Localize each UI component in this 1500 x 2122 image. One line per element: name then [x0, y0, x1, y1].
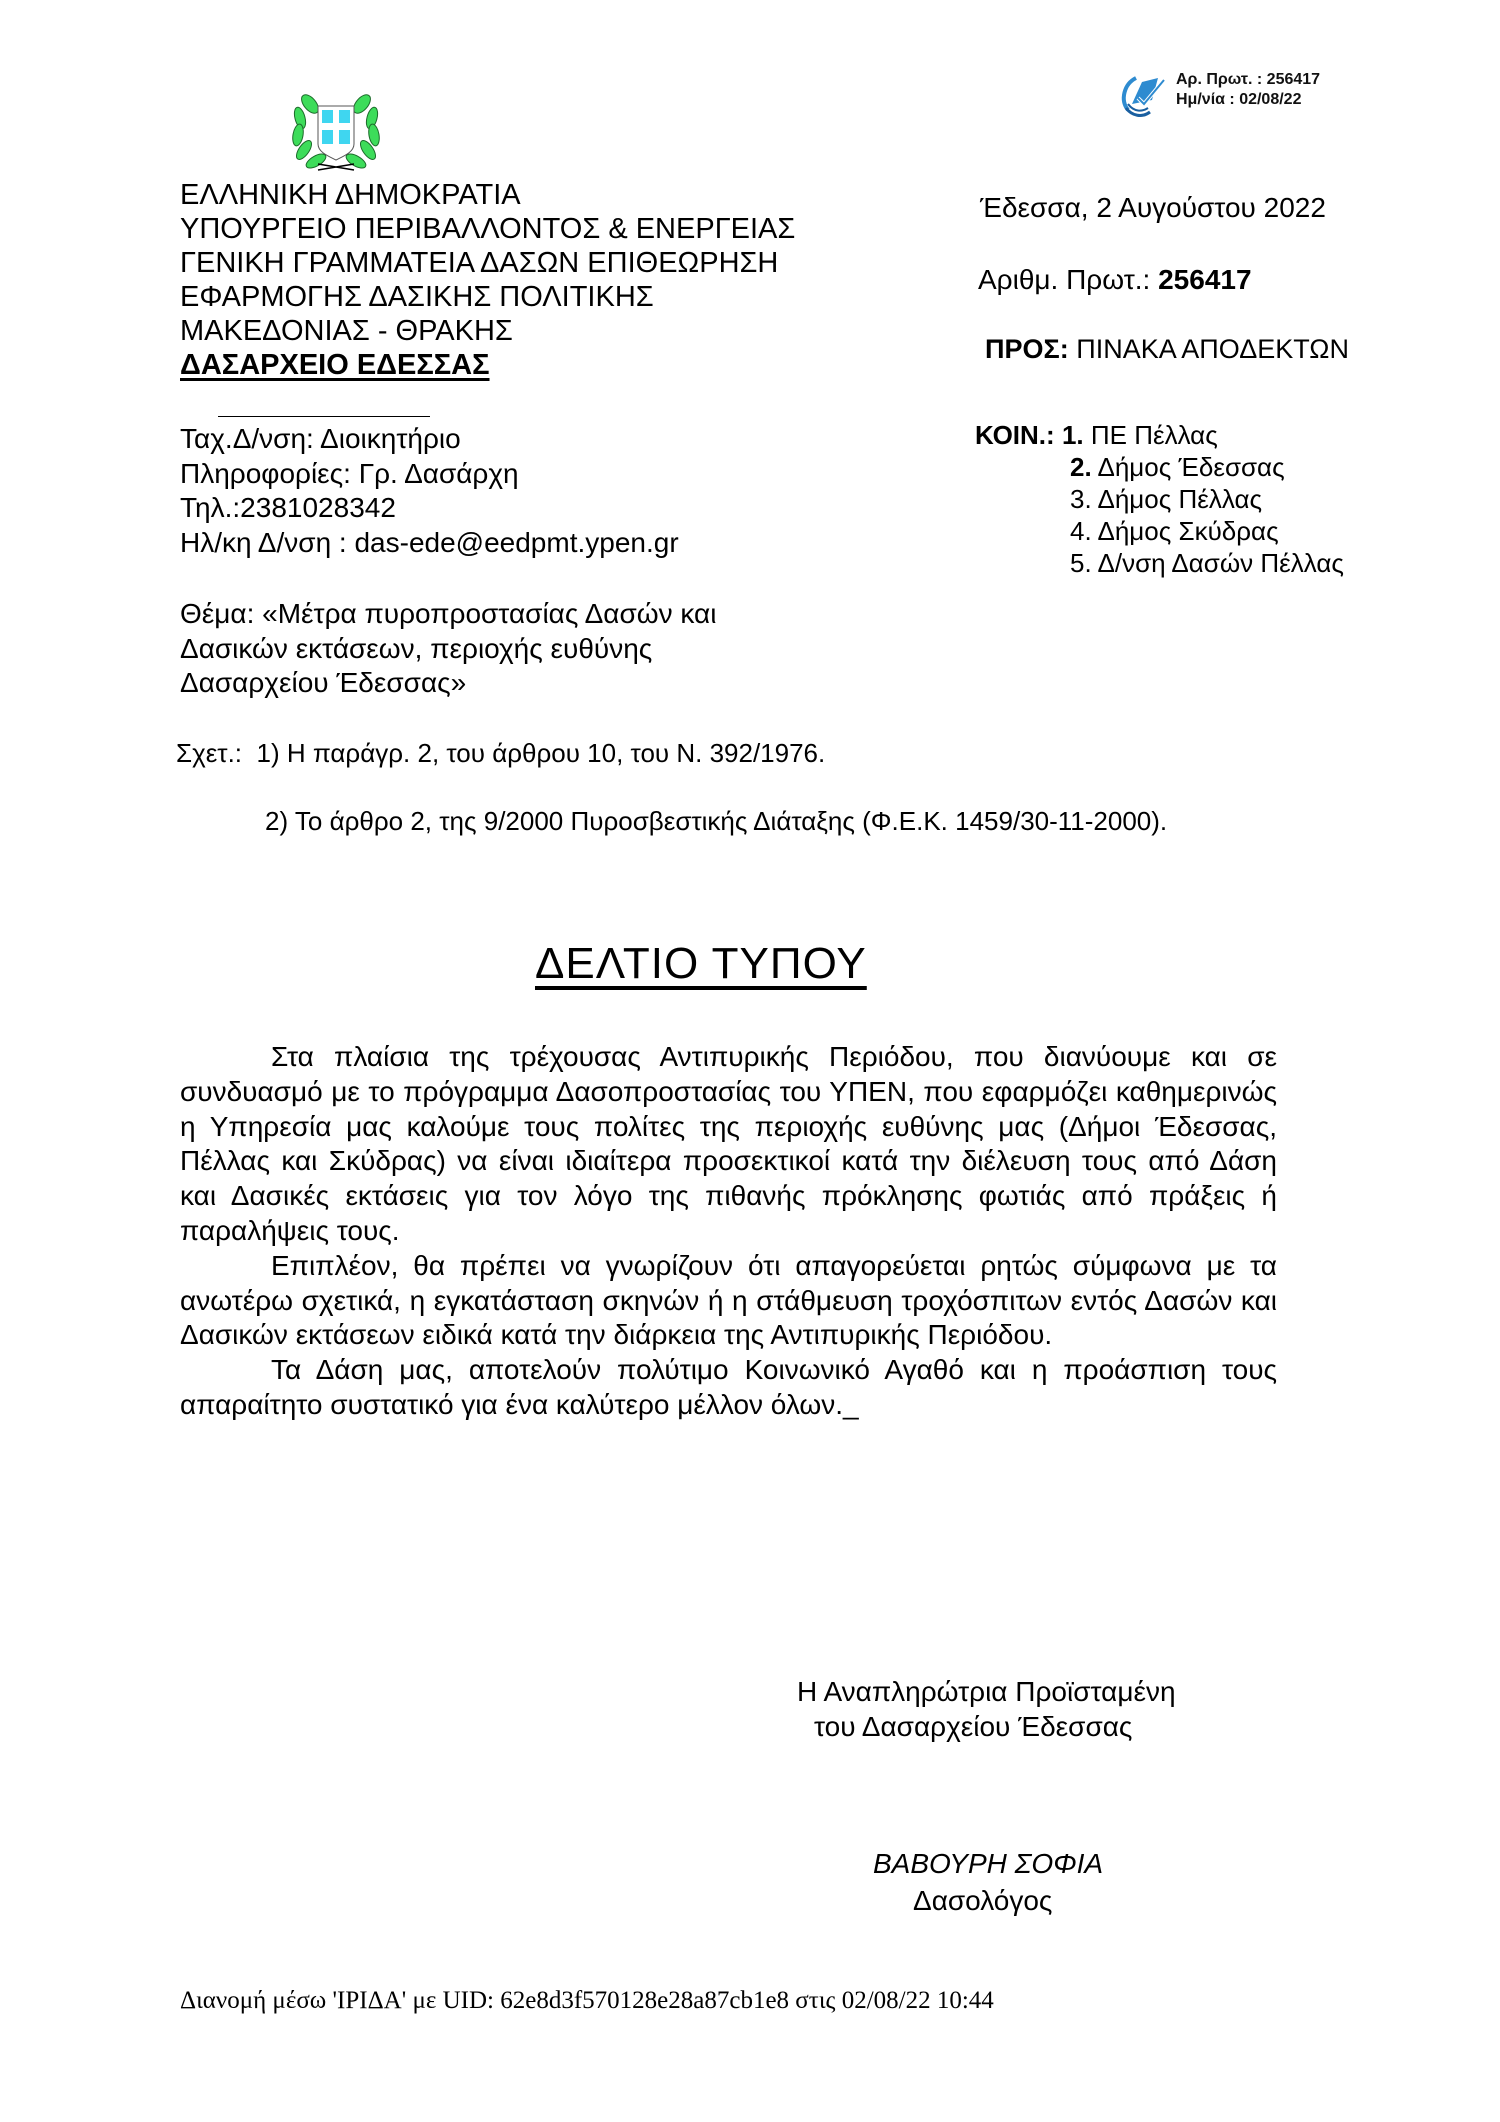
subject-line: Δασικών εκτάσεων, περιοχής ευθύνης	[180, 632, 716, 667]
header-line: ΜΑΚΕΔΟΝΙΑΣ - ΘΡΑΚΗΣ	[180, 314, 795, 348]
header-line: ΕΦΑΡΜΟΓΗΣ ΔΑΣΙΚΗΣ ΠΟΛΙΤΙΚΗΣ	[180, 280, 795, 314]
recipient-label: ΠΡΟΣ:	[985, 334, 1069, 364]
press-release-body: Στα πλαίσια της τρέχουσας Αντιπυρικής Πε…	[180, 1040, 1277, 1423]
cc-item-number: 3.	[1070, 484, 1092, 514]
signatory-name: ΒΑΒΟΥΡΗ ΣΟΦΙΑ	[873, 1846, 1103, 1881]
reference-item: 2) Το άρθρο 2, της 9/2000 Πυροσβεστικής …	[265, 805, 1167, 837]
email-address[interactable]: Ηλ/κη Δ/νση : das-ede@eedpmt.ypen.gr	[180, 526, 679, 561]
cc-item: Δήμος Σκύδρας	[1097, 516, 1278, 546]
greek-coat-of-arms-icon	[288, 90, 384, 176]
protocol-stamp: Αρ. Πρωτ. : 256417 Ημ/νία : 02/08/22	[1118, 66, 1418, 126]
references-label: Σχετ.:	[176, 738, 242, 768]
document-title: ΔΕΛΤΙΟ ΤΥΠΟΥ	[535, 938, 867, 990]
cc-item-number: 4.	[1070, 516, 1092, 546]
subject-line: Δασαρχείου Έδεσσας»	[180, 666, 716, 701]
cc-item: Δήμος Έδεσσας	[1097, 452, 1284, 482]
greek-emblem	[288, 90, 384, 176]
signature-block: Η Αναπληρώτρια Προϊσταμένη του Δασαρχείο…	[797, 1674, 1176, 1744]
stamp-date: Ημ/νία : 02/08/22	[1176, 90, 1320, 110]
cc-item: Δήμος Πέλλας	[1097, 484, 1262, 514]
distribution-footer: Διανομή μέσω 'ΙΡΙΔΑ' με UID: 62e8d3f5701…	[180, 1986, 994, 2016]
body-paragraph: Στα πλαίσια της τρέχουσας Αντιπυρικής Πε…	[180, 1040, 1277, 1249]
body-paragraph: Τα Δάση μας, αποτελούν πολύτιμο Κοινωνικ…	[180, 1353, 1277, 1423]
protocol-number: 256417	[1158, 264, 1251, 295]
office-name: ΔΑΣΑΡΧΕΙΟ ΕΔΕΣΣΑΣ	[180, 348, 795, 382]
phone-number: Τηλ.:2381028342	[180, 491, 679, 526]
subject-block: Θέμα: «Μέτρα πυροπροστασίας Δασών και Δα…	[180, 597, 716, 701]
body-paragraph: Επιπλέον, θα πρέπει να γνωρίζουν ότι απα…	[180, 1249, 1277, 1353]
cc-item-number: 2.	[1070, 452, 1092, 482]
separator-line	[218, 416, 430, 417]
issuer-header: ΕΛΛΗΝΙΚΗ ΔΗΜΟΚΡΑΤΙΑ ΥΠΟΥΡΓΕΙΟ ΠΕΡΙΒΑΛΛΟΝ…	[180, 178, 795, 382]
contact-person: Πληροφορίες: Γρ. Δασάρχη	[180, 457, 679, 492]
header-line: ΥΠΟΥΡΓΕΙΟ ΠΕΡΙΒΑΛΛΟΝΤΟΣ & ΕΝΕΡΓΕΙΑΣ	[180, 212, 795, 246]
reference-item: 1) Η παράγρ. 2, του άρθρου 10, του Ν. 39…	[256, 738, 825, 768]
cc-item-number: 5.	[1070, 548, 1092, 578]
postal-address: Ταχ.Δ/νση: Διοικητήριο	[180, 422, 679, 457]
contact-block: Ταχ.Δ/νση: Διοικητήριο Πληροφορίες: Γρ. …	[180, 422, 679, 560]
signatory-title: Δασολόγος	[913, 1883, 1052, 1918]
cc-item: Δ/νση Δασών Πέλλας	[1097, 548, 1343, 578]
protocol-label: Αριθμ. Πρωτ.:	[978, 264, 1150, 295]
stamp-protocol-number: Αρ. Πρωτ. : 256417	[1176, 70, 1320, 90]
subject-line: Θέμα: «Μέτρα πυροπροστασίας Δασών και	[180, 597, 716, 632]
references-line-1: Σχετ.: 1) Η παράγρ. 2, του άρθρου 10, το…	[176, 737, 825, 769]
cc-label: ΚΟΙΝ.:	[975, 420, 1055, 450]
cc-list: ΚΟΙΝ.: 1. ΠΕ Πέλλας 2. Δήμος Έδεσσας 3. …	[975, 419, 1344, 579]
signatory-office: του Δασαρχείου Έδεσσας	[797, 1709, 1176, 1744]
iris-document-check-icon	[1118, 70, 1170, 122]
recipient-line: ΠΡΟΣ: ΠΙΝΑΚΑ ΑΠΟΔΕΚΤΩΝ	[985, 332, 1349, 366]
cc-item: ΠΕ Πέλλας	[1091, 420, 1218, 450]
header-line: ΓΕΝΙΚΗ ΓΡΑΜΜΑΤΕΙΑ ΔΑΣΩΝ ΕΠΙΘΕΩΡΗΣΗ	[180, 246, 795, 280]
cc-item-number: 1.	[1062, 420, 1084, 450]
header-line: ΕΛΛΗΝΙΚΗ ΔΗΜΟΚΡΑΤΙΑ	[180, 178, 795, 212]
place-date: Έδεσσα, 2 Αυγούστου 2022	[980, 191, 1326, 225]
signatory-role: Η Αναπληρώτρια Προϊσταμένη	[797, 1674, 1176, 1709]
recipient-value: ΠΙΝΑΚΑ ΑΠΟΔΕΚΤΩΝ	[1076, 334, 1349, 364]
protocol-line: Αριθμ. Πρωτ.: 256417	[978, 263, 1252, 297]
